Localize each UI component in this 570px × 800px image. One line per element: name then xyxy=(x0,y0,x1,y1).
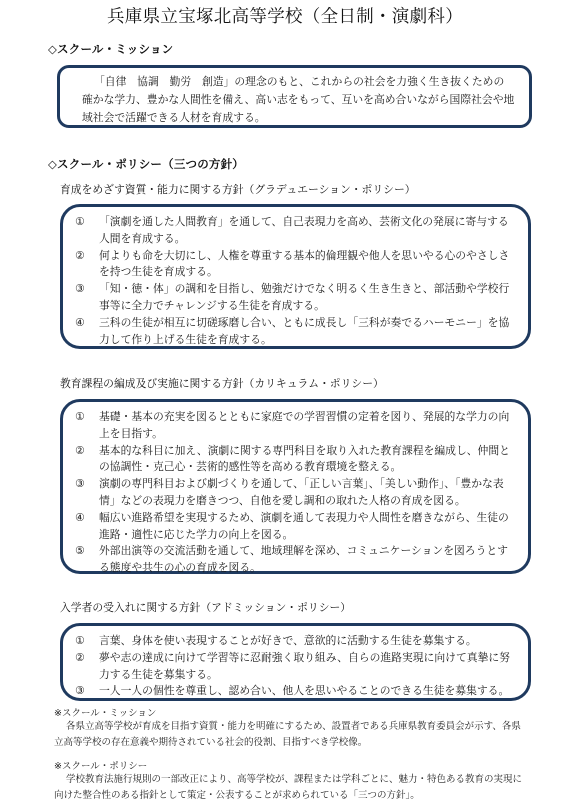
item-number: ③ xyxy=(75,281,99,315)
item-text: 「知・徳・体」の調和を目指し、勉強だけでなく明るく生き生きと、部活動や学校行事等… xyxy=(99,281,516,315)
item-text: 夢や志の達成に向けて学習等に忍耐強く取り組み、自らの進路実現に向けて真摯に努力す… xyxy=(99,650,516,684)
admission-policy-box: ①言葉、身体を使い表現することが好きで、意欲的に活動する生徒を募集する。 ②夢や… xyxy=(60,623,531,701)
note-mission: ※スクール・ミッション 各県立高等学校が育成を目指す資質・能力を明確にするため、… xyxy=(54,705,524,751)
item-number: ① xyxy=(75,633,99,650)
note-mission-heading: ※スクール・ミッション xyxy=(54,705,524,719)
list-item: ③演劇の専門科目および劇づくりを通して、「正しい言葉」、「美しい動作」、「豊かな… xyxy=(75,476,516,510)
mission-box: 「自律 協調 勤労 創造」の理念のもと、これからの社会を力強く生き抜くための確か… xyxy=(57,65,532,128)
item-text: 一人一人の個性を尊重し、認め合い、他人を思いやることのできる生徒を募集する。 xyxy=(99,683,516,700)
list-item: ①基礎・基本の充実を図るとともに家庭での学習習慣の定着を図り、発展的な学力の向上… xyxy=(75,409,516,443)
note-policy-heading: ※スクール・ポリシー xyxy=(54,758,524,772)
item-number: ② xyxy=(75,650,99,684)
item-number: ③ xyxy=(75,476,99,510)
curriculum-policy-heading: 教育課程の編成及び実施に関する方針（カリキュラム・ポリシー） xyxy=(60,376,384,391)
item-text: 外部出演等の交流活動を通して、地域理解を深め、コミュニケーションを図ろうとする態… xyxy=(99,543,516,577)
list-item: ①言葉、身体を使い表現することが好きで、意欲的に活動する生徒を募集する。 xyxy=(75,633,516,650)
item-text: 幅広い進路希望を実現するため、演劇を通して表現力や人間性を磨きながら、生徒の進路… xyxy=(99,510,516,544)
admission-policy-heading: 入学者の受入れに関する方針（アドミッション・ポリシー） xyxy=(60,600,351,615)
item-number: ② xyxy=(75,248,99,282)
list-item: ③「知・徳・体」の調和を目指し、勉強だけでなく明るく生き生きと、部活動や学校行事… xyxy=(75,281,516,315)
note-mission-text: 各県立高等学校が育成を目指す資質・能力を明確にするため、設置者である兵庫県教育委… xyxy=(54,719,524,751)
item-number: ③ xyxy=(75,683,99,700)
item-number: ② xyxy=(75,443,99,477)
item-text: 三科の生徒が相互に切磋琢磨し合い、ともに成長し「三科が奏でるハーモニー」を協力し… xyxy=(99,315,516,349)
list-item: ①「演劇を通した人間教育」を通して、自己表現力を高め、芸術文化の発展に寄与する人… xyxy=(75,214,516,248)
item-number: ④ xyxy=(75,510,99,544)
item-number: ① xyxy=(75,409,99,443)
policy-heading: ◇スクール・ポリシー（三つの方針） xyxy=(48,156,244,172)
note-policy: ※スクール・ポリシー 学校教育法施行規則の一部改正により、高等学校が、課程または… xyxy=(54,758,524,800)
list-item: ③一人一人の個性を尊重し、認め合い、他人を思いやることのできる生徒を募集する。 xyxy=(75,683,516,700)
list-item: ④幅広い進路希望を実現するため、演劇を通して表現力や人間性を磨きながら、生徒の進… xyxy=(75,510,516,544)
item-text: 基本的な科目に加え、演劇に関する専門科目を取り入れた教育課程を編成し、仲間との協… xyxy=(99,443,516,477)
graduation-policy-box: ①「演劇を通した人間教育」を通して、自己表現力を高め、芸術文化の発展に寄与する人… xyxy=(60,204,531,349)
list-item: ④三科の生徒が相互に切磋琢磨し合い、ともに成長し「三科が奏でるハーモニー」を協力… xyxy=(75,315,516,349)
mission-heading: ◇スクール・ミッション xyxy=(48,41,173,57)
item-number: ① xyxy=(75,214,99,248)
graduation-policy-heading: 育成をめざす資質・能力に関する方針（グラデュエーション・ポリシー） xyxy=(60,182,416,197)
item-text: 基礎・基本の充実を図るとともに家庭での学習習慣の定着を図り、発展的な学力の向上を… xyxy=(99,409,516,443)
curriculum-policy-box: ①基礎・基本の充実を図るとともに家庭での学習習慣の定着を図り、発展的な学力の向上… xyxy=(60,399,531,574)
item-number: ④ xyxy=(75,315,99,349)
list-item: ⑤外部出演等の交流活動を通して、地域理解を深め、コミュニケーションを図ろうとする… xyxy=(75,543,516,577)
item-text: 何よりも命を大切にし、人権を尊重する基本的倫理観や他人を思いやる心のやさしさを持… xyxy=(99,248,516,282)
item-text: 言葉、身体を使い表現することが好きで、意欲的に活動する生徒を募集する。 xyxy=(99,633,516,650)
note-policy-text: 学校教育法施行規則の一部改正により、高等学校が、課程または学科ごとに、魅力・特色… xyxy=(54,772,524,800)
item-number: ⑤ xyxy=(75,543,99,577)
item-text: 「演劇を通した人間教育」を通して、自己表現力を高め、芸術文化の発展に寄与する人間… xyxy=(99,214,516,248)
item-text: 演劇の専門科目および劇づくりを通して、「正しい言葉」、「美しい動作」、「豊かな表… xyxy=(99,476,516,510)
list-item: ②何よりも命を大切にし、人権を尊重する基本的倫理観や他人を思いやる心のやさしさを… xyxy=(75,248,516,282)
list-item: ②基本的な科目に加え、演劇に関する専門科目を取り入れた教育課程を編成し、仲間との… xyxy=(75,443,516,477)
page-title: 兵庫県立宝塚北高等学校（全日制・演劇科） xyxy=(0,3,570,28)
mission-text: 「自律 協調 勤労 創造」の理念のもと、これからの社会を力強く生き抜くための確か… xyxy=(82,73,515,127)
list-item: ②夢や志の達成に向けて学習等に忍耐強く取り組み、自らの進路実現に向けて真摯に努力… xyxy=(75,650,516,684)
